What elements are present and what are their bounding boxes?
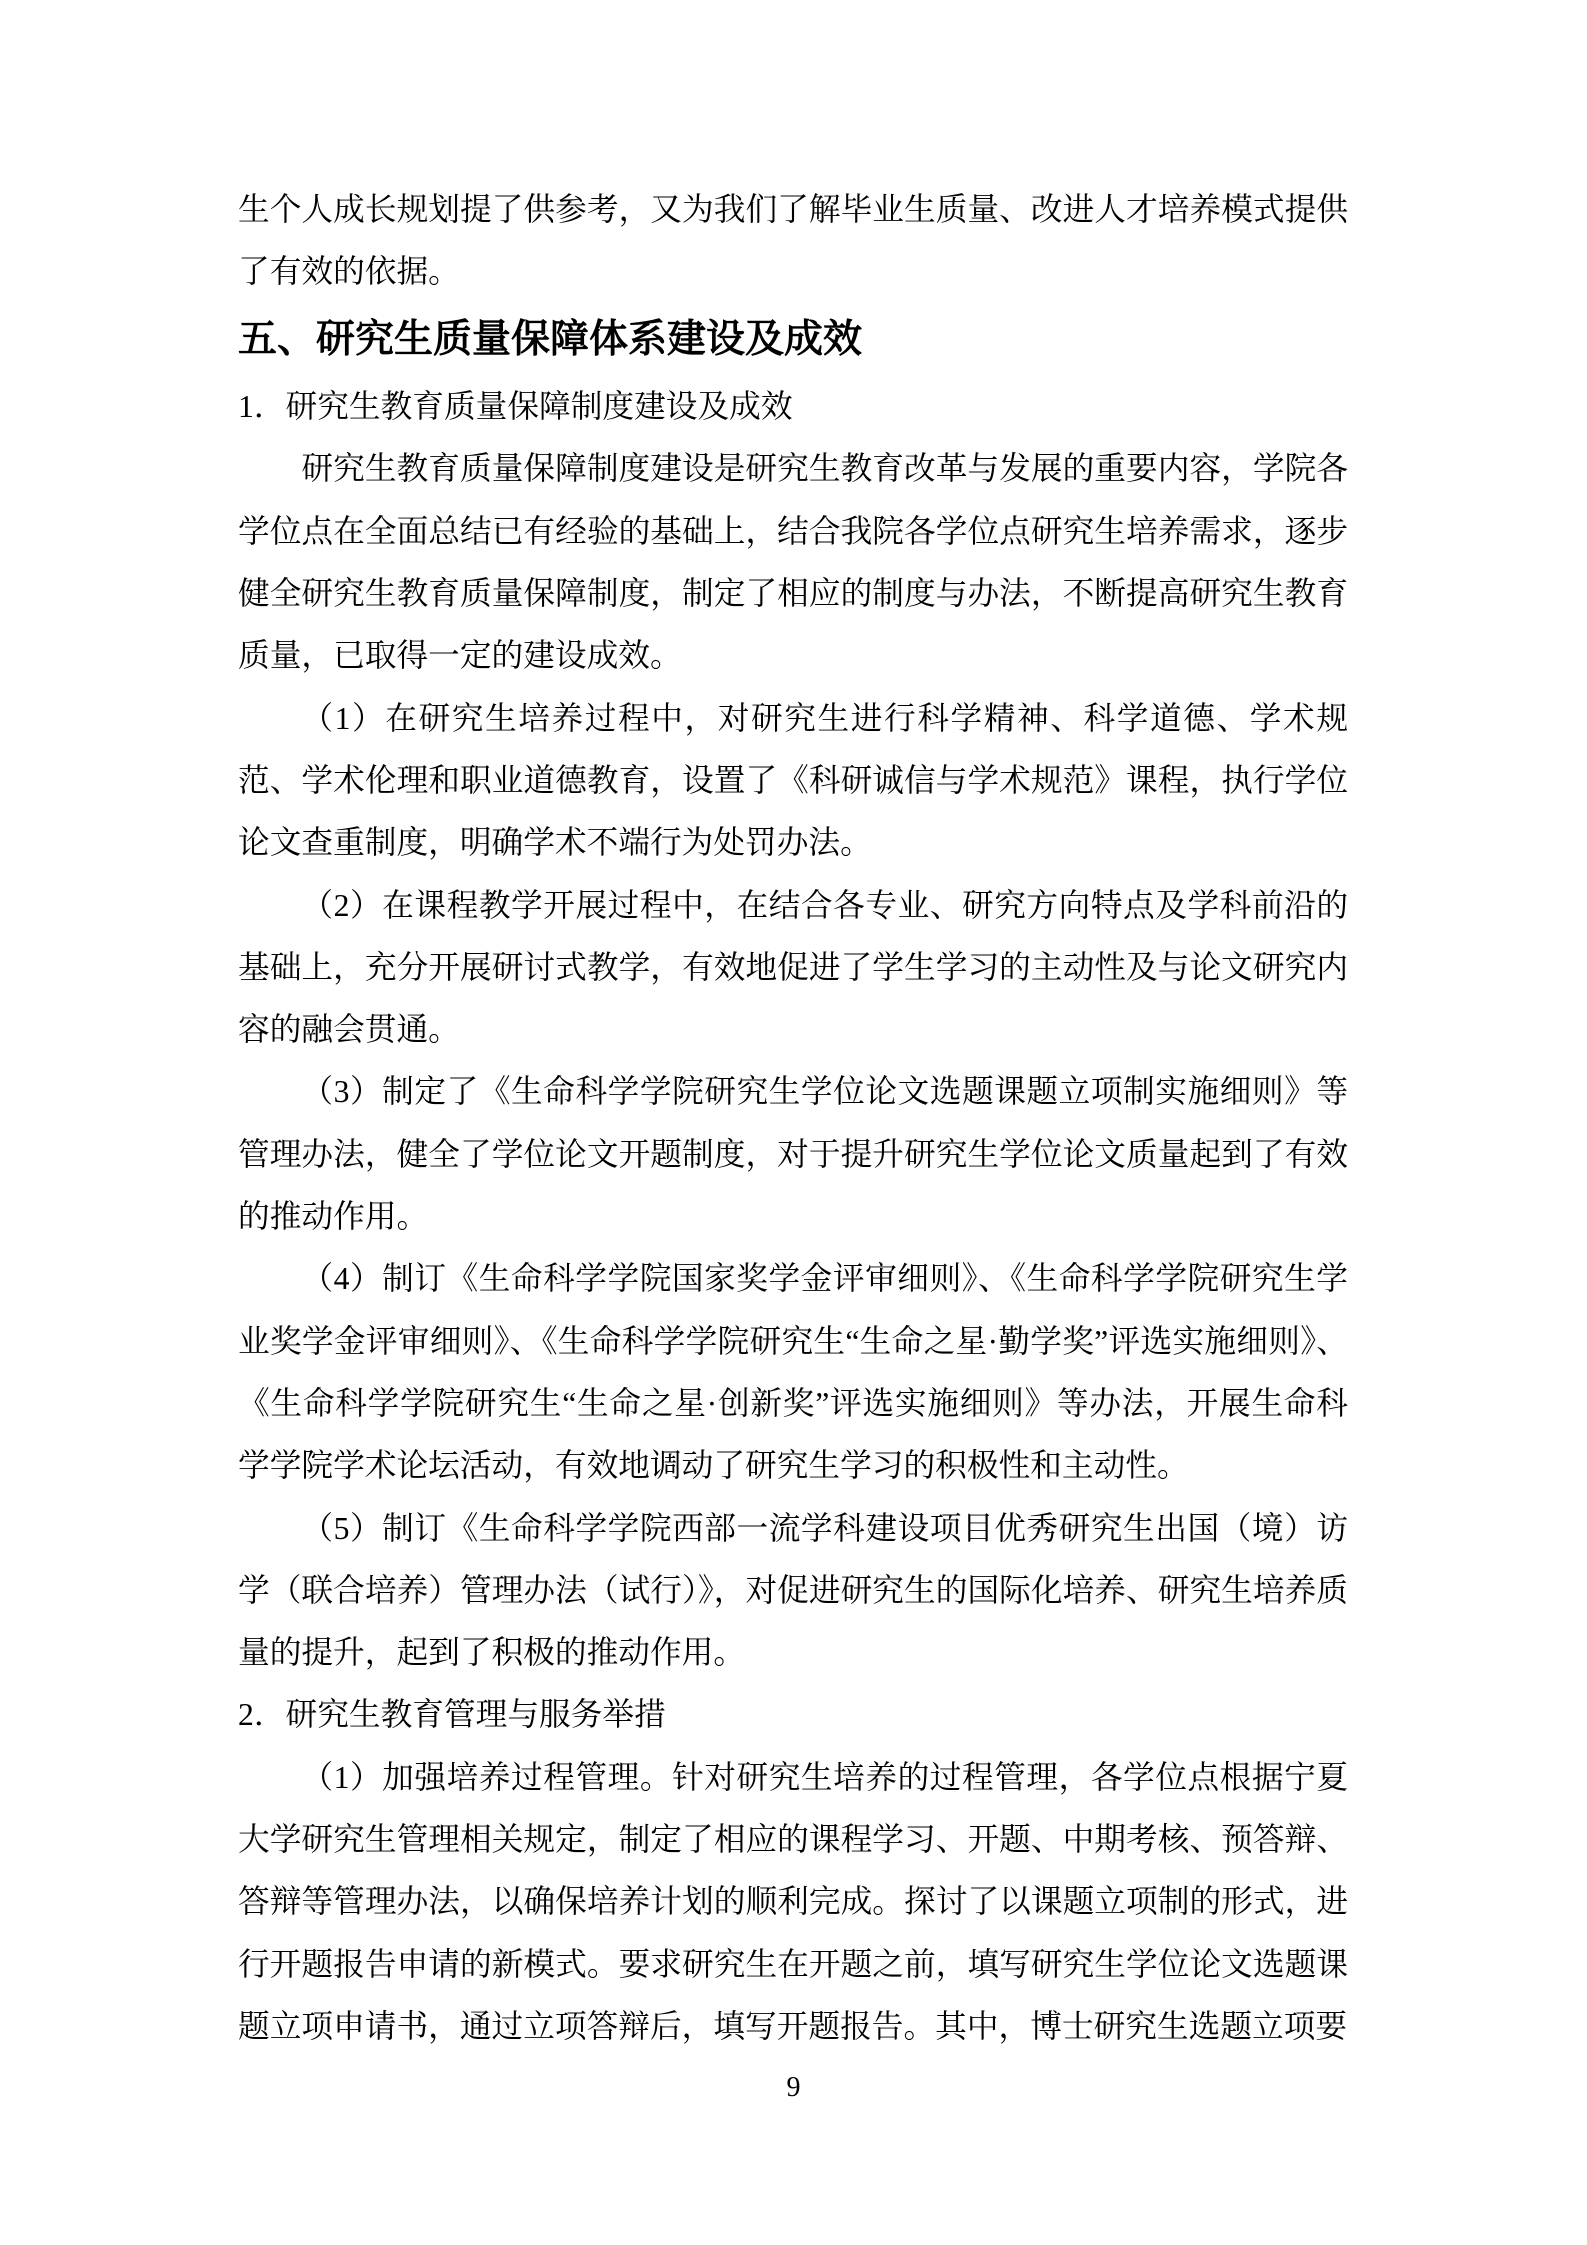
paragraph-continued: 生个人成长规划提了供参考，又为我们了解毕业生质量、改进人才培养模式提供了有效的依…: [238, 179, 1348, 304]
section-heading-5: 五、研究生质量保障体系建设及成效: [238, 304, 1348, 377]
page-number: 9: [0, 2060, 1587, 2115]
subsection-heading-2: 2．研究生教育管理与服务举措: [238, 1684, 1348, 1746]
subsection-heading-1: 1．研究生教育质量保障制度建设及成效: [238, 376, 1348, 438]
paragraph-item-3: （3）制定了《生命科学学院研究生学位论文选题课题立项制实施细则》等管理办法，健全…: [238, 1061, 1348, 1248]
document-page: 生个人成长规划提了供参考，又为我们了解毕业生质量、改进人才培养模式提供了有效的依…: [0, 0, 1587, 2245]
paragraph: 研究生教育质量保障制度建设是研究生教育改革与发展的重要内容，学院各学位点在全面总…: [238, 438, 1348, 687]
paragraph-item-1: （1）在研究生培养过程中，对研究生进行科学精神、科学道德、学术规范、学术伦理和职…: [238, 688, 1348, 875]
paragraph-item-5: （5）制订《生命科学学院西部一流学科建设项目优秀研究生出国（境）访学（联合培养）…: [238, 1498, 1348, 1685]
document-body: 生个人成长规划提了供参考，又为我们了解毕业生质量、改进人才培养模式提供了有效的依…: [238, 179, 1348, 2058]
paragraph-item-4: （4）制订《生命科学学院国家奖学金评审细则》、《生命科学学院研究生学业奖学金评审…: [238, 1248, 1348, 1497]
paragraph-item-2: （2）在课程教学开展过程中，在结合各专业、研究方向特点及学科前沿的基础上，充分开…: [238, 875, 1348, 1062]
paragraph-item-1-management: （1）加强培养过程管理。针对研究生培养的过程管理，各学位点根据宁夏大学研究生管理…: [238, 1747, 1348, 2058]
